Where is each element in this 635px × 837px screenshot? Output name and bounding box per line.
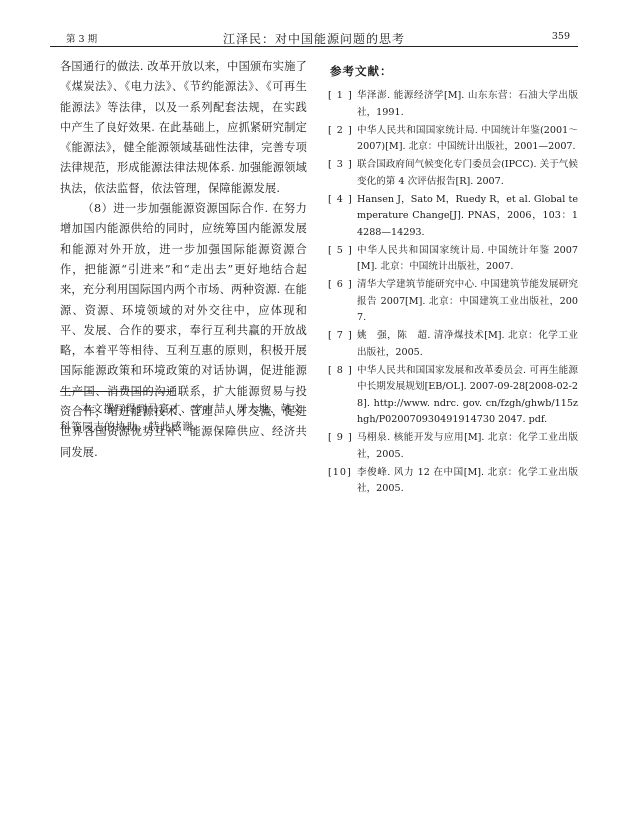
reference-number: [ 7 ] xyxy=(328,328,354,345)
body-paragraph: 各国通行的做法. 改革开放以来，中国颁布实施了《煤炭法》、《电力法》、《节约能源… xyxy=(60,57,307,199)
reference-text: Hansen J，Sato M，Ruedy R，et al. Global te… xyxy=(357,192,578,242)
references-column: 参考文献： [ 1 ] 华泽澎. 能源经济学[M]. 山东东营：石油大学出版社，… xyxy=(328,63,578,499)
footnote-divider xyxy=(60,391,172,392)
reference-item: [ 9 ] 马栩泉. 核能开发与应用[M]. 北京：化学工业出版社，2005. xyxy=(328,430,578,463)
reference-item: [ 5 ] 中华人民共和国国家统计局. 中国统计年鉴 2007[M]. 北京：中… xyxy=(328,243,578,276)
reference-number: [ 4 ] xyxy=(328,192,354,209)
reference-item: [ 8 ] 中华人民共和国国家发展和改革委员会. 可再生能源中长期发展规划[EB… xyxy=(328,363,578,429)
reference-number: [10] xyxy=(328,465,354,482)
reference-number: [ 6 ] xyxy=(328,277,354,294)
running-title: 江泽民：对中国能源问题的思考 xyxy=(50,30,578,47)
reference-item: [ 3 ] 联合国政府间气候变化专门委员会(IPCC). 关于气候变化的第 4 … xyxy=(328,157,578,190)
reference-text: 华泽澎. 能源经济学[M]. 山东东营：石油大学出版社，1991. xyxy=(357,88,578,121)
reference-number: [ 2 ] xyxy=(328,123,354,140)
reference-item: [ 2 ] 中华人民共和国国家统计局. 中国统计年鉴(2001～2007)[M]… xyxy=(328,123,578,156)
acknowledgement-footnote: 本文撰写得到马富才、宁吉喆、周大地、韩文科等同志的协助，特此感谢. xyxy=(60,400,307,436)
reference-text: 中华人民共和国国家统计局. 中国统计年鉴 2007[M]. 北京：中国统计出版社… xyxy=(357,243,578,276)
reference-text: 中华人民共和国国家发展和改革委员会. 可再生能源中长期发展规划[EB/OL]. … xyxy=(357,363,578,429)
reference-item: [ 7 ] 姚 强，陈 超. 清净煤技术[M]. 北京：化学工业出版社，2005… xyxy=(328,328,578,361)
reference-text: 清华大学建筑节能研究中心. 中国建筑节能发展研究报告 2007[M]. 北京：中… xyxy=(357,277,578,327)
references-heading: 参考文献： xyxy=(330,63,578,79)
reference-text: 姚 强，陈 超. 清净煤技术[M]. 北京：化学工业出版社，2005. xyxy=(357,328,578,361)
reference-text: 李俊峰. 风力 12 在中国[M]. 北京：化学工业出版社，2005. xyxy=(357,465,578,498)
reference-item: [ 1 ] 华泽澎. 能源经济学[M]. 山东东营：石油大学出版社，1991. xyxy=(328,88,578,121)
reference-text: 马栩泉. 核能开发与应用[M]. 北京：化学工业出版社，2005. xyxy=(357,430,578,463)
page-number: 359 xyxy=(552,31,570,42)
reference-text: 联合国政府间气候变化专门委员会(IPCC). 关于气候变化的第 4 次评估报告[… xyxy=(357,157,578,190)
reference-item: [ 6 ] 清华大学建筑节能研究中心. 中国建筑节能发展研究报告 2007[M]… xyxy=(328,277,578,327)
running-header: 第 3 期 江泽民：对中国能源问题的思考 359 xyxy=(50,30,578,47)
reference-number: [ 5 ] xyxy=(328,243,354,260)
reference-number: [ 8 ] xyxy=(328,363,354,380)
reference-text: 中华人民共和国国家统计局. 中国统计年鉴(2001～2007)[M]. 北京：中… xyxy=(357,123,578,156)
reference-item: [10] 李俊峰. 风力 12 在中国[M]. 北京：化学工业出版社，2005. xyxy=(328,465,578,498)
reference-number: [ 1 ] xyxy=(328,88,354,105)
reference-number: [ 9 ] xyxy=(328,430,354,447)
reference-number: [ 3 ] xyxy=(328,157,354,174)
reference-item: [ 4 ] Hansen J，Sato M，Ruedy R，et al. Glo… xyxy=(328,192,578,242)
